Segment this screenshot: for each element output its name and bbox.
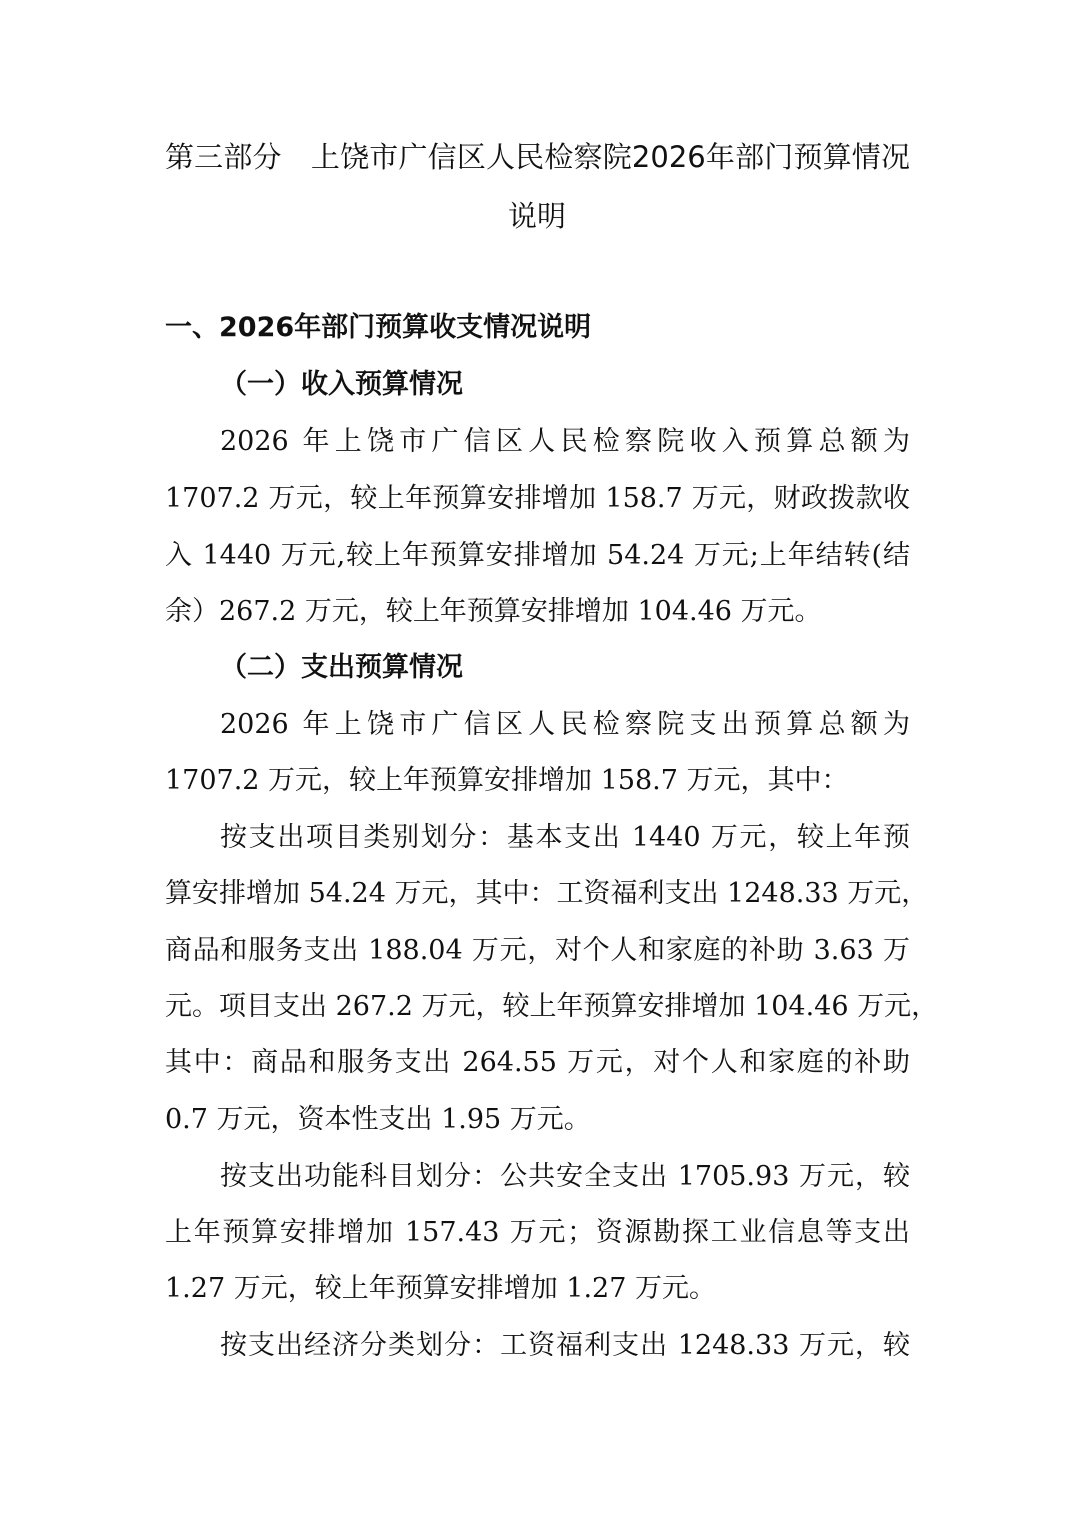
expenditure-line: 按支出项目类别划分：基本支出 1440 万元，较上年预 [220,818,910,858]
expenditure-line: 1.27 万元，较上年预算安排增加 1.27 万元。 [165,1269,910,1309]
expenditure-line: 0.7 万元，资本性支出 1.95 万元。 [165,1100,910,1140]
expenditure-line: 1707.2 万元，较上年预算安排增加 158.7 万元，其中： [165,761,910,801]
expenditure-line: 算安排增加 54.24 万元，其中：工资福利支出 1248.33 万元， [165,874,910,914]
income-line: 余）267.2 万元，较上年预算安排增加 104.46 万元。 [165,592,910,632]
expenditure-heading: （二）支出预算情况 [220,648,965,688]
expenditure-line: 上年预算安排增加 157.43 万元；资源勘探工业信息等支出 [165,1213,910,1253]
expenditure-line: 元。项目支出 267.2 万元，较上年预算安排增加 104.46 万元， [165,987,910,1027]
income-line: 1707.2 万元，较上年预算安排增加 158.7 万元，财政拨款收 [165,479,910,519]
income-heading: （一）收入预算情况 [220,365,965,405]
income-line: 入 1440 万元,较上年预算安排增加 54.24 万元;上年结转(结 [165,536,910,576]
expenditure-line: 按支出功能科目划分：公共安全支出 1705.93 万元，较 [220,1157,910,1197]
expenditure-line: 其中：商品和服务支出 264.55 万元，对个人和家庭的补助 [165,1043,910,1083]
document-title-line2: 说明 [0,196,1074,236]
expenditure-line: 2026 年上饶市广信区人民检察院支出预算总额为 [220,705,910,745]
income-line: 2026 年上饶市广信区人民检察院收入预算总额为 [220,422,910,462]
expenditure-line: 按支出经济分类划分：工资福利支出 1248.33 万元，较 [220,1326,910,1366]
expenditure-line: 商品和服务支出 188.04 万元，对个人和家庭的补助 3.63 万 [165,931,910,971]
document-title-line1: 第三部分 上饶市广信区人民检察院2026年部门预算情况 [165,137,910,177]
section-heading: 一、2026年部门预算收支情况说明 [165,308,910,348]
